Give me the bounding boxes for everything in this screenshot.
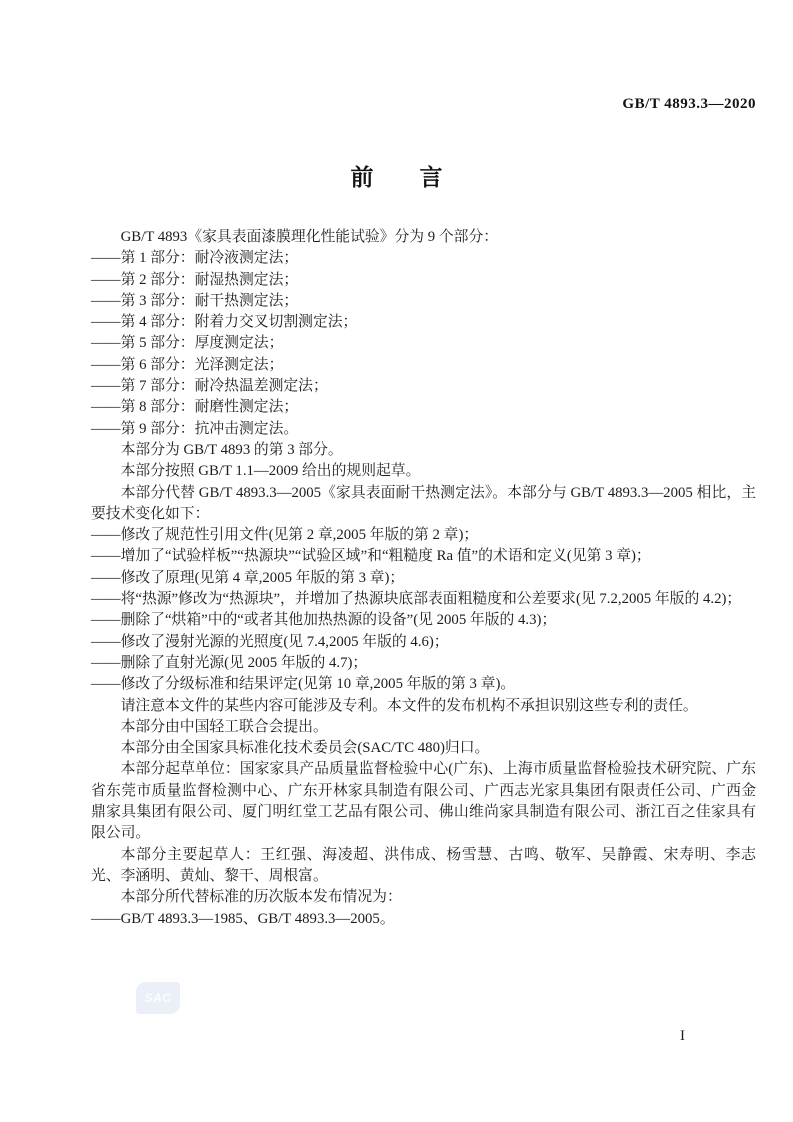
foreword-body: GB/T 4893《家具表面漆膜理化性能试验》分为 9 个部分： ——第 1 部… [91,227,756,930]
paragraph: 请注意本文件的某些内容可能涉及专利。本文件的发布机构不承担识别这些专利的责任。 [91,696,756,717]
paragraph: ——第 4 部分：附着力交叉切割测定法； [91,312,756,333]
paragraph: ——修改了分级标准和结果评定(见第 10 章,2005 年版的第 3 章)。 [91,674,756,695]
paragraph: ——第 8 部分：耐磨性测定法； [91,397,756,418]
sac-watermark-logo: SAC [136,982,180,1014]
paragraph: ——第 3 部分：耐干热测定法； [91,291,756,312]
sac-watermark-text: SAC [145,991,172,1005]
paragraph: 本部分代替 GB/T 4893.3—2005《家具表面耐干热测定法》。本部分与 … [91,483,756,526]
paragraph: 本部分所代替标准的历次版本发布情况为： [91,887,756,908]
paragraph: ——第 5 部分：厚度测定法； [91,333,756,354]
paragraph: 本部分为 GB/T 4893 的第 3 部分。 [91,440,756,461]
paragraph: ——GB/T 4893.3—1985、GB/T 4893.3—2005。 [91,909,756,930]
page-title: 前 言 [0,159,793,192]
paragraph: ——将“热源”修改为“热源块”，并增加了热源块底部表面粗糙度和公差要求(见 7.… [91,589,756,610]
paragraph: ——第 1 部分：耐冷液测定法； [91,248,756,269]
paragraph: ——修改了规范性引用文件(见第 2 章,2005 年版的第 2 章)； [91,525,756,546]
document-page: GB/T 4893.3—2020 前 言 GB/T 4893《家具表面漆膜理化性… [0,0,793,1122]
paragraph: ——修改了原理(见第 4 章,2005 年版的第 3 章)； [91,568,756,589]
paragraph: 本部分由全国家具标准化技术委员会(SAC/TC 480)归口。 [91,738,756,759]
paragraph: ——删除了直射光源(见 2005 年版的 4.7)； [91,653,756,674]
paragraph: 本部分按照 GB/T 1.1—2009 给出的规则起草。 [91,461,756,482]
page-number: I [680,1028,685,1045]
doc-number: GB/T 4893.3—2020 [622,96,756,113]
paragraph: ——第 2 部分：耐湿热测定法； [91,270,756,291]
paragraph: ——增加了“试验样板”“热源块”“试验区域”和“粗糙度 Ra 值”的术语和定义(… [91,546,756,567]
paragraph: 本部分主要起草人：王红强、海凌超、洪伟成、杨雪慧、古鸣、敬军、吴静霞、宋寿明、李… [91,845,756,888]
paragraph: GB/T 4893《家具表面漆膜理化性能试验》分为 9 个部分： [91,227,756,248]
paragraph: 本部分起草单位：国家家具产品质量监督检验中心(广东)、上海市质量监督检验技术研究… [91,759,756,844]
paragraph: ——修改了漫射光源的光照度(见 7.4,2005 年版的 4.6)； [91,632,756,653]
paragraph: ——第 6 部分：光泽测定法； [91,355,756,376]
paragraph: 本部分由中国轻工联合会提出。 [91,717,756,738]
paragraph: ——第 9 部分：抗冲击测定法。 [91,419,756,440]
paragraph: ——第 7 部分：耐冷热温差测定法； [91,376,756,397]
paragraph: ——删除了“烘箱”中的“或者其他加热热源的设备”(见 2005 年版的 4.3)… [91,610,756,631]
